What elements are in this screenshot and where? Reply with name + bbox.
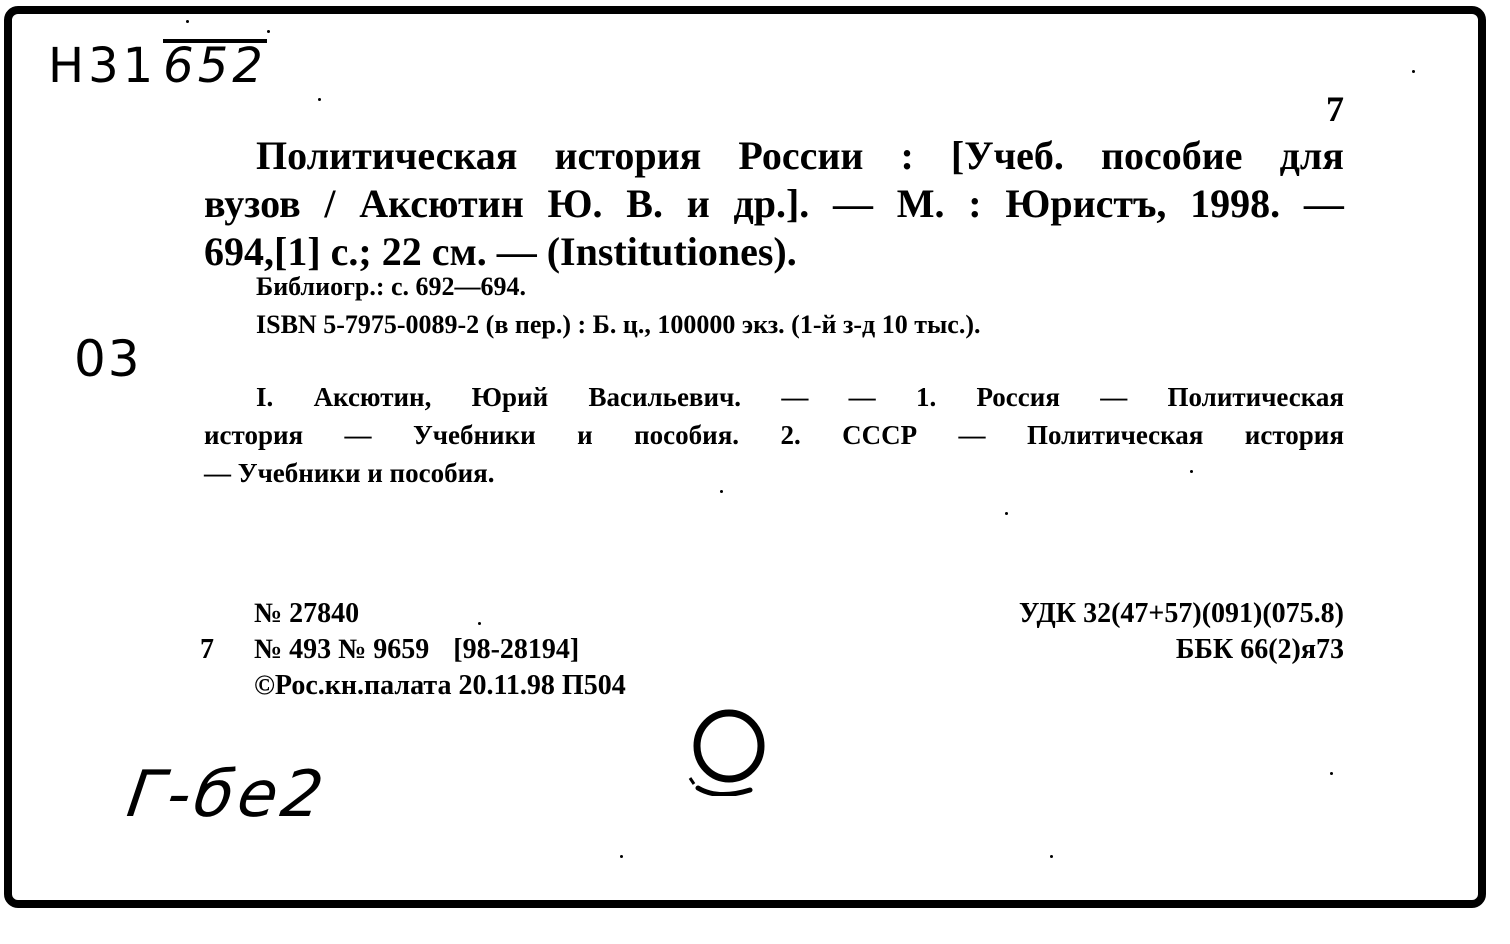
copyright-line: ©Рос.кн.палата 20.11.98 П504 [254, 670, 626, 701]
book-chamber-number: [98-28194] [453, 634, 579, 665]
scan-speck [1005, 512, 1008, 515]
handwritten-shelf-mark: Н31652 [48, 38, 267, 94]
scan-speck [1412, 70, 1415, 73]
tracings-line-2: история — Учебники и пособия. 2. СССР — … [204, 416, 1344, 454]
bbk-classification: ББК 66(2)я73 [1019, 632, 1344, 668]
scan-speck [186, 20, 189, 23]
record-number: № 27840 [254, 598, 359, 629]
notes-block: Библиогр.: с. 692—694. ISBN 5-7975-0089-… [256, 268, 980, 344]
copies-row: 7№ 493 № 9659[98-28194] [200, 632, 626, 668]
main-bibliographic-entry: Политическая история России : [Учеб. пос… [204, 132, 1344, 276]
handwritten-department-code: 03 [74, 330, 142, 388]
isbn-note: ISBN 5-7975-0089-2 (в пер.) : Б. ц., 100… [256, 306, 980, 344]
main-entry-line-1: Политическая история России : [Учеб. пос… [204, 132, 1344, 180]
record-number-row: № 27840 [200, 596, 626, 632]
tracings-line-1: I. Аксютин, Юрий Васильевич. — — 1. Росс… [204, 378, 1344, 416]
number-2: № 9659 [338, 634, 429, 665]
shelf-mark-prefix: Н31 [48, 38, 157, 94]
scan-speck [720, 490, 723, 493]
tracings-line-3: — Учебники и пособия. [204, 454, 1344, 492]
footer-classification: УДК 32(47+57)(091)(075.8) ББК 66(2)я73 [1019, 596, 1344, 668]
scan-speck [1330, 772, 1333, 775]
main-entry-line-2: вузов / Аксютин Ю. В. и др.]. — М. : Юри… [204, 180, 1344, 228]
bibliography-note: Библиогр.: с. 692—694. [256, 268, 980, 306]
scan-speck [318, 98, 321, 101]
scan-speck [620, 855, 623, 858]
tracings-block: I. Аксютин, Юрий Васильевич. — — 1. Росс… [204, 378, 1344, 492]
footer-record-info: № 27840 7№ 493 № 9659[98-28194] ©Рос.кн.… [200, 596, 626, 704]
handwritten-note: Г-бе2 [123, 758, 332, 832]
scan-speck [267, 30, 270, 33]
shelf-mark-suffix: 652 [163, 39, 267, 89]
scan-speck [1190, 470, 1193, 473]
hand-drawn-circle-mark [688, 708, 770, 796]
number-1: № 493 [254, 634, 331, 665]
udc-classification: УДК 32(47+57)(091)(075.8) [1019, 596, 1344, 632]
scan-speck [1050, 855, 1053, 858]
scan-speck [478, 622, 481, 625]
card-sequence-number: 7 [1326, 88, 1344, 130]
copy-count: 7 [200, 632, 254, 668]
copyright-row: ©Рос.кн.палата 20.11.98 П504 [200, 668, 626, 704]
